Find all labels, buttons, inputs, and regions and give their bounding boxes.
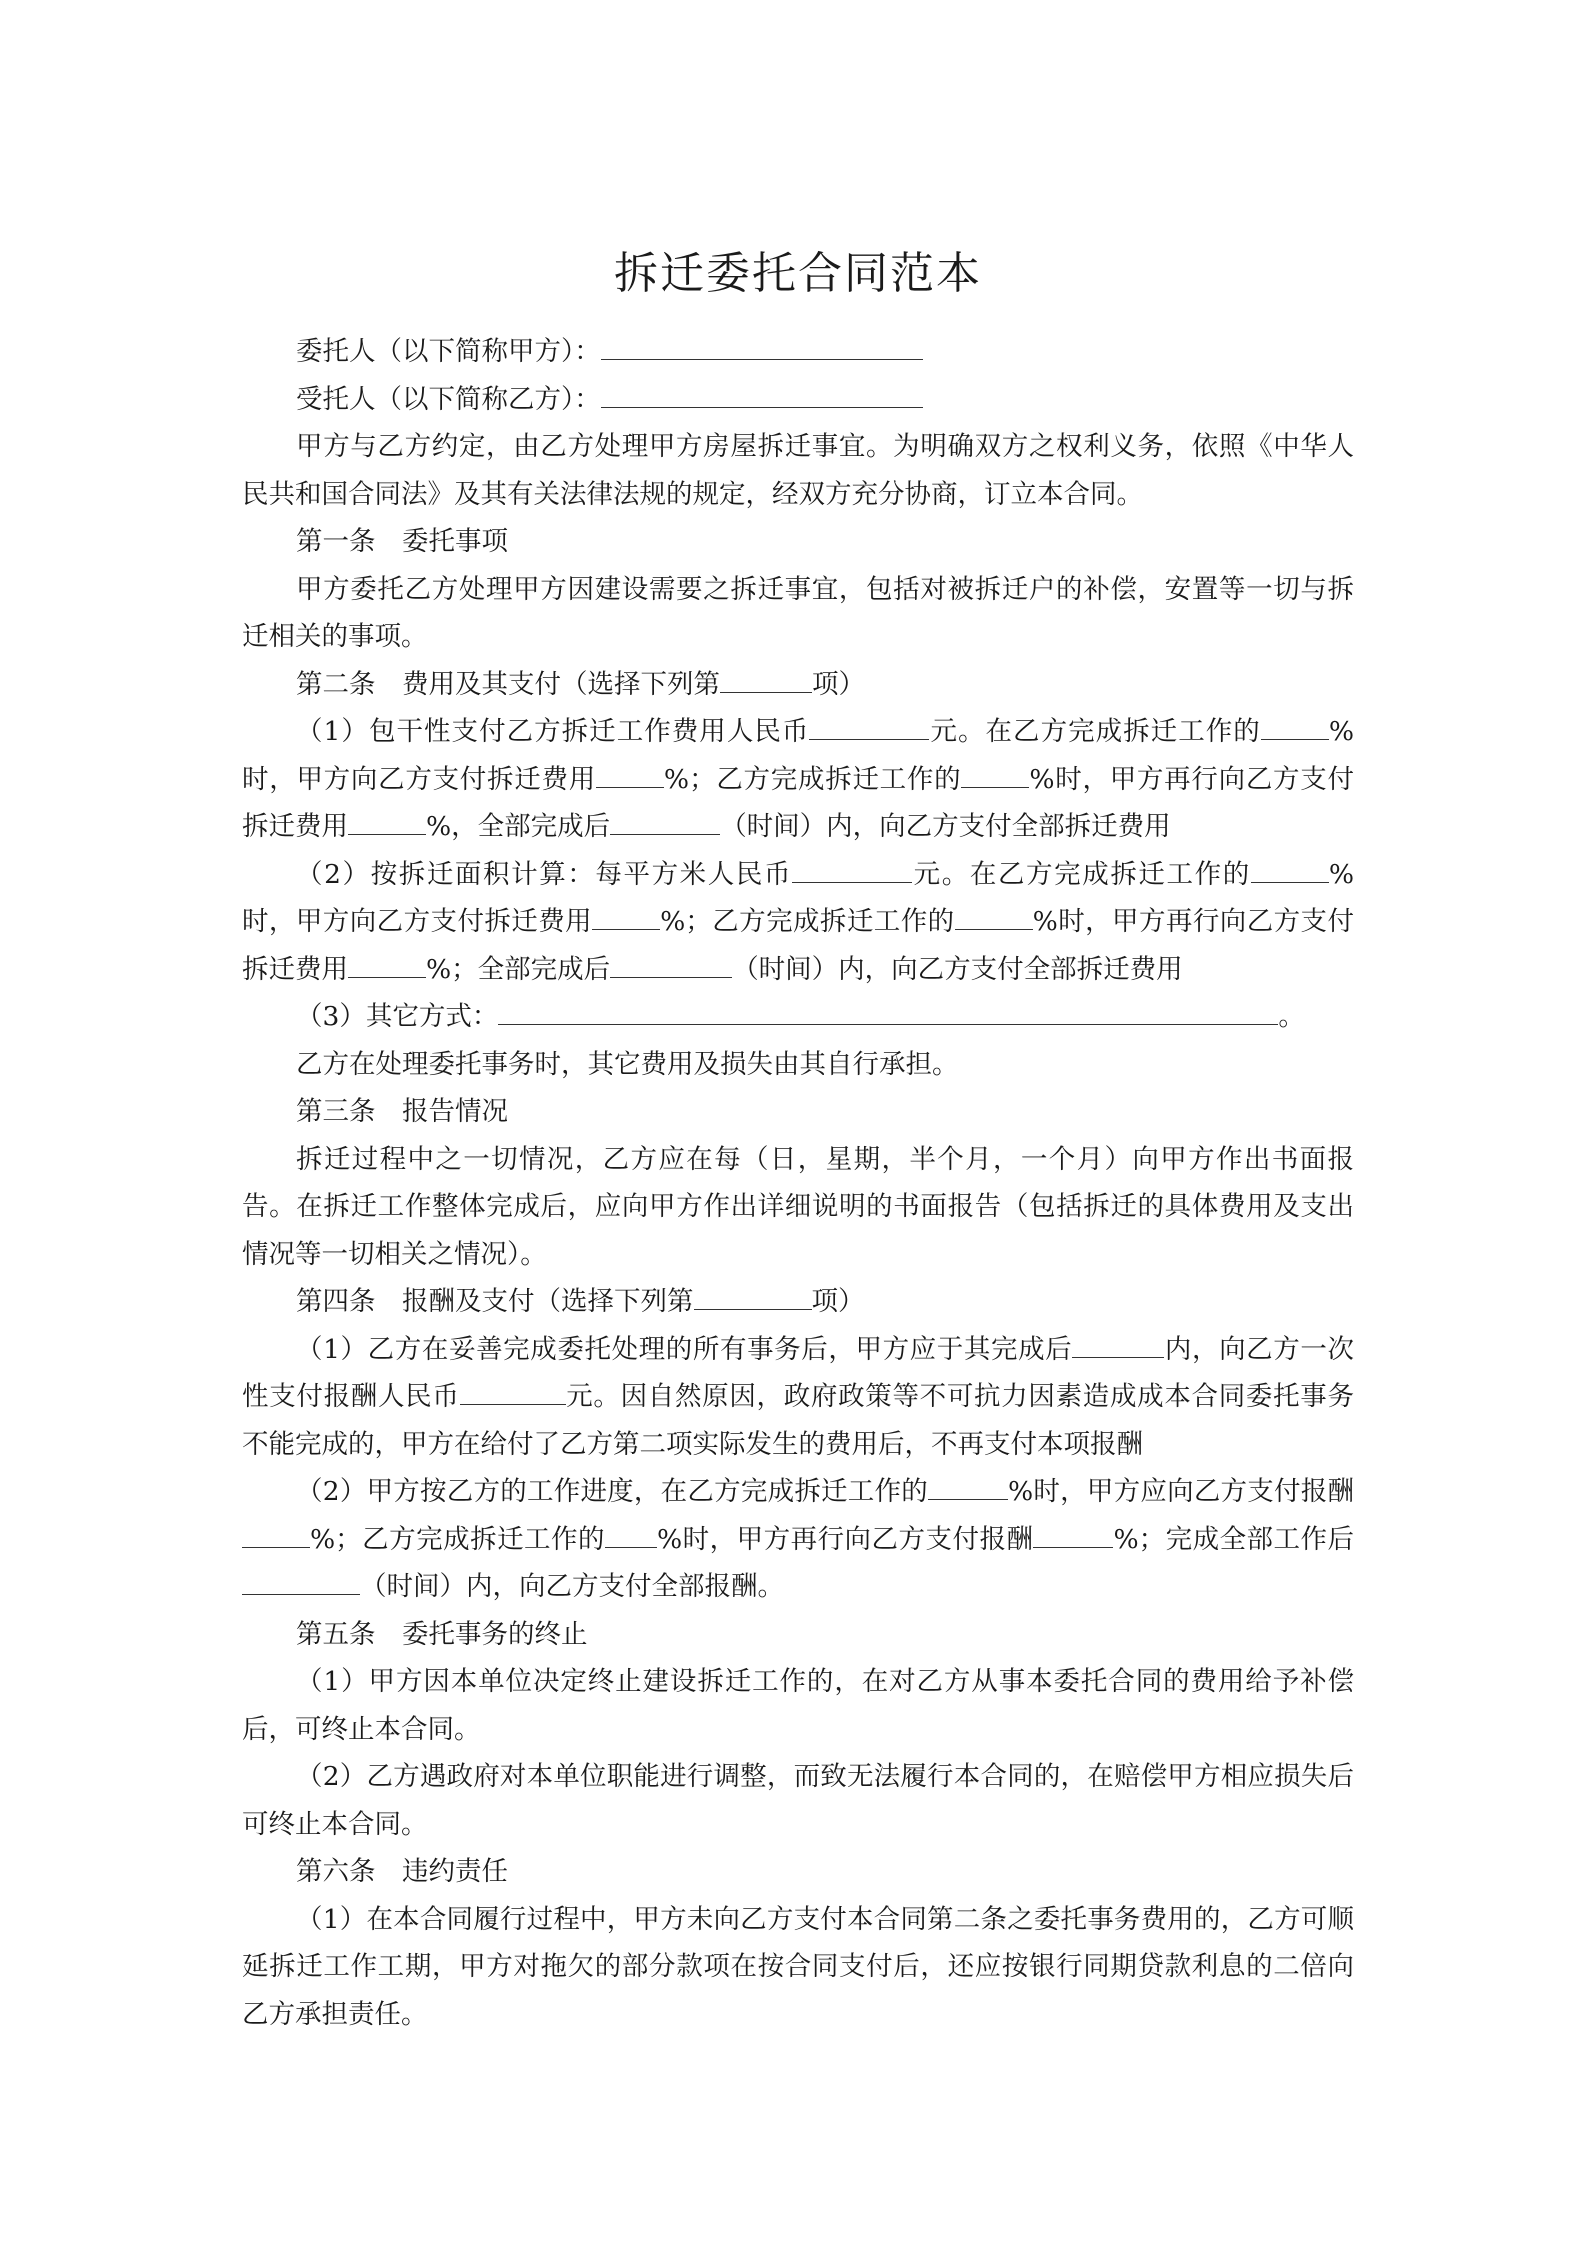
clause-text: %；乙方完成拆迁工作的	[310, 1524, 605, 1555]
agent-label: 受托人（以下简称乙方）：	[296, 384, 601, 415]
percent-blank[interactable]	[1251, 854, 1329, 883]
clause-text: （2）甲方按乙方的工作进度，在乙方完成拆迁工作的	[296, 1476, 928, 1507]
article2-item1: （1）包干性支付乙方拆迁工作费用人民币元。在乙方完成拆迁工作的%时，甲方向乙方支…	[242, 708, 1354, 851]
article3-text: 拆迁过程中之一切情况，乙方应在每（日，星期，半个月，一个月）向甲方作出书面报告。…	[242, 1136, 1354, 1279]
agent-blank[interactable]	[601, 379, 923, 408]
article6-item1: （1）在本合同履行过程中，甲方未向乙方支付本合同第二条之委托事务费用的，乙方可顺…	[242, 1896, 1354, 2039]
principal-label: 委托人（以下简称甲方）：	[296, 336, 601, 367]
agent-line: 受托人（以下简称乙方）：	[242, 376, 1354, 424]
clause-text: （2）按拆迁面积计算：每平方米人民币	[296, 859, 792, 890]
article1-text: 甲方委托乙方处理甲方因建设需要之拆迁事宜，包括对被拆迁户的补偿，安置等一切与拆迁…	[242, 566, 1354, 661]
article5-heading: 第五条 委托事务的终止	[242, 1611, 1354, 1659]
amount-blank[interactable]	[460, 1376, 566, 1405]
article5-item2: （2）乙方遇政府对本单位职能进行调整，而致无法履行本合同的，在赔偿甲方相应损失后…	[242, 1753, 1354, 1848]
article4-item1: （1）乙方在妥善完成委托处理的所有事务后，甲方应于其完成后内，向乙方一次性支付报…	[242, 1326, 1354, 1469]
percent-blank[interactable]	[348, 806, 426, 835]
article2-item2: （2）按拆迁面积计算：每平方米人民币元。在乙方完成拆迁工作的%时，甲方向乙方支付…	[242, 851, 1354, 994]
article6-heading: 第六条 违约责任	[242, 1848, 1354, 1896]
percent-blank[interactable]	[242, 1519, 310, 1548]
heading-text: 项）	[812, 1286, 865, 1317]
amount-blank[interactable]	[809, 711, 929, 740]
article5-item1: （1）甲方因本单位决定终止建设拆迁工作的，在对乙方从事本委托合同的费用给予补偿后…	[242, 1658, 1354, 1753]
clause-text: %；乙方完成拆迁工作的	[660, 906, 954, 937]
clause-text: %；乙方完成拆迁工作的	[664, 764, 961, 795]
clause-text: （时间）内，向乙方支付全部报酬。	[360, 1571, 784, 1602]
clause-text: %，全部完成后	[426, 811, 610, 842]
article4-item2: （2）甲方按乙方的工作进度，在乙方完成拆迁工作的%时，甲方应向乙方支付报酬%；乙…	[242, 1468, 1354, 1611]
heading-text: 项）	[812, 669, 865, 700]
preamble: 甲方与乙方约定，由乙方处理甲方房屋拆迁事宜。为明确双方之权利义务，依照《中华人民…	[242, 423, 1354, 518]
clause-text: （时间）内，向乙方支付全部拆迁费用	[732, 954, 1183, 985]
article2-heading: 第二条 费用及其支付（选择下列第项）	[242, 661, 1354, 709]
clause-text: （1）包干性支付乙方拆迁工作费用人民币	[296, 716, 809, 747]
percent-blank[interactable]	[928, 1471, 1008, 1500]
clause-text: %时，甲方应向乙方支付报酬	[1008, 1476, 1354, 1507]
clause-text: %时，甲方再行向乙方支付报酬	[657, 1524, 1033, 1555]
amount-blank[interactable]	[792, 854, 912, 883]
article2-item3: （3）其它方式：。	[242, 993, 1354, 1041]
clause-text: （1）乙方在妥善完成委托处理的所有事务后，甲方应于其完成后	[296, 1334, 1072, 1365]
percent-blank[interactable]	[955, 901, 1033, 930]
heading-text: 第四条 报酬及支付（选择下列第	[296, 1286, 694, 1317]
article2-note: 乙方在处理委托事务时，其它费用及损失由其自行承担。	[242, 1041, 1354, 1089]
heading-text: 第二条 费用及其支付（选择下列第	[296, 669, 720, 700]
document-title: 拆迁委托合同范本	[242, 244, 1354, 304]
percent-blank[interactable]	[1033, 1519, 1113, 1548]
article4-heading: 第四条 报酬及支付（选择下列第项）	[242, 1278, 1354, 1326]
article1-heading: 第一条 委托事项	[242, 518, 1354, 566]
article3-heading: 第三条 报告情况	[242, 1088, 1354, 1136]
time-blank[interactable]	[610, 949, 732, 978]
percent-blank[interactable]	[348, 949, 426, 978]
clause-text: （3）其它方式：	[296, 1001, 498, 1032]
clause-text: 元。在乙方完成拆迁工作的	[929, 716, 1260, 747]
document-body: 委托人（以下简称甲方）： 受托人（以下简称乙方）： 甲方与乙方约定，由乙方处理甲…	[242, 328, 1354, 2038]
principal-line: 委托人（以下简称甲方）：	[242, 328, 1354, 376]
percent-blank[interactable]	[605, 1519, 657, 1548]
percent-blank[interactable]	[592, 901, 660, 930]
percent-blank[interactable]	[961, 759, 1029, 788]
time-blank[interactable]	[1072, 1329, 1164, 1358]
option-blank[interactable]	[694, 1281, 812, 1310]
clause-text: （时间）内，向乙方支付全部拆迁费用	[720, 811, 1171, 842]
time-blank[interactable]	[242, 1566, 360, 1595]
option-blank[interactable]	[720, 664, 812, 693]
clause-text: %；完成全部工作后	[1113, 1524, 1354, 1555]
clause-text: %；全部完成后	[426, 954, 610, 985]
principal-blank[interactable]	[601, 331, 923, 360]
percent-blank[interactable]	[1261, 711, 1329, 740]
time-blank[interactable]	[610, 806, 720, 835]
clause-text: 。	[1278, 1001, 1305, 1032]
other-method-blank[interactable]	[498, 996, 1278, 1025]
clause-text: 元。在乙方完成拆迁工作的	[912, 859, 1251, 890]
percent-blank[interactable]	[596, 759, 664, 788]
